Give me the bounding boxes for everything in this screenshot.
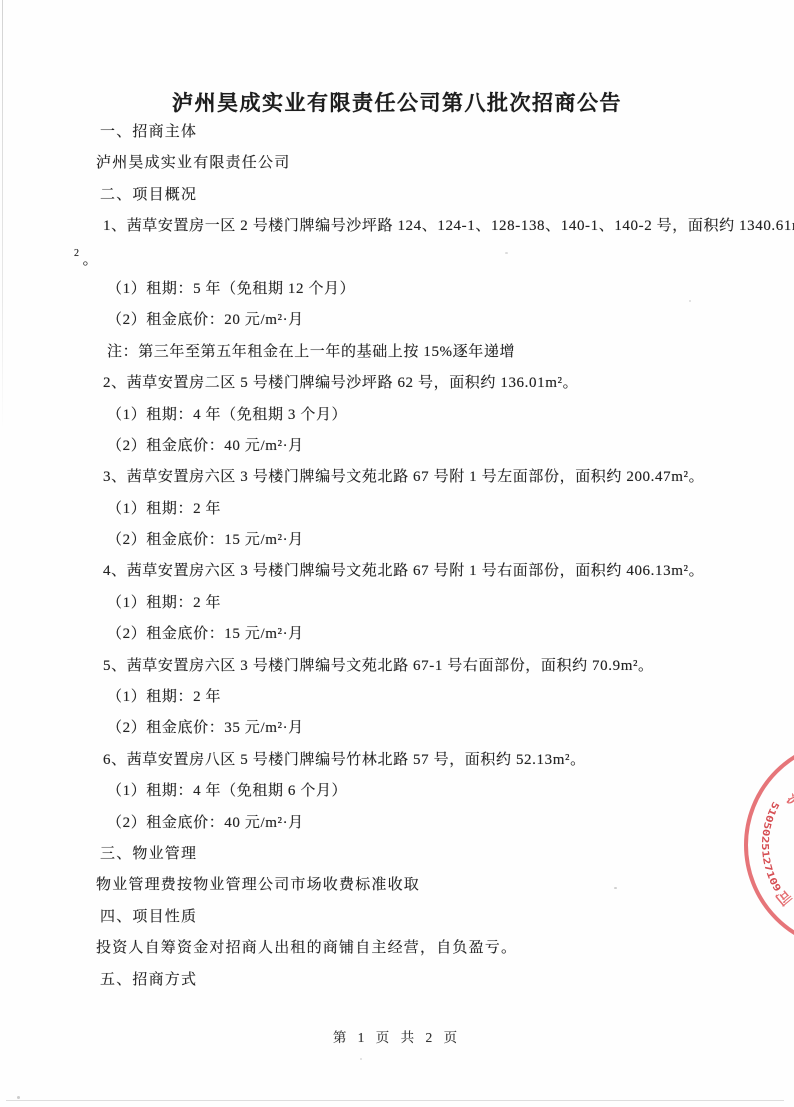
- scan-speck: [505, 252, 508, 254]
- document-title: 泸州昊成实业有限责任公司第八批次招商公告: [0, 87, 794, 117]
- property-item-3: 3、茜草安置房六区 3 号楼门牌编号文苑北路 67 号附 1 号左面部份，面积约…: [0, 462, 794, 493]
- item-3-term: （1）租期：2 年: [0, 494, 794, 525]
- item-1-note: 注：第三年至第五年租金在上一年的基础上按 15%逐年递增: [0, 337, 794, 368]
- property-item-5: 5、茜草安置房六区 3 号楼门牌编号文苑北路 67-1 号右面部份，面积约 70…: [0, 651, 794, 682]
- paragraph-project-nature: 投资人自筹资金对招商人出租的商铺自主经营，自负盈亏。: [0, 933, 794, 964]
- item-3-rent: （2）租金底价：15 元/m²·月: [0, 525, 794, 556]
- section-heading-3: 三、物业管理: [0, 839, 794, 870]
- item-5-rent: （2）租金底价：35 元/m²·月: [0, 713, 794, 744]
- svg-text:5105025127109: 5105025127109: [759, 800, 783, 895]
- scan-speck: [689, 300, 691, 302]
- scan-edge-artifact-left: [2, 0, 3, 430]
- superscript-2: 2: [74, 248, 80, 259]
- scan-speck: [360, 1058, 362, 1060]
- item-1-term: （1）租期：5 年（免租期 12 个月）: [0, 274, 794, 305]
- wrap-punctuation: 。: [83, 252, 99, 268]
- section-heading-4: 四、项目性质: [0, 902, 794, 933]
- official-seal-stamp: 5105025127109 泸 司: [700, 740, 794, 950]
- property-item-4: 4、茜草安置房六区 3 号楼门牌编号文苑北路 67 号附 1 号右面部份，面积约…: [0, 556, 794, 587]
- item-2-term: （1）租期：4 年（免租期 3 个月）: [0, 400, 794, 431]
- scan-speck: [17, 1096, 20, 1099]
- document-body: 一、招商主体 泸州昊成实业有限责任公司 二、项目概况 1、茜草安置房一区 2 号…: [0, 117, 794, 996]
- page-number-footer: 第 1 页 共 2 页: [0, 1026, 794, 1046]
- paragraph-company: 泸州昊成实业有限责任公司: [0, 148, 794, 179]
- item-2-rent: （2）租金底价：40 元/m²·月: [0, 431, 794, 462]
- item-6-rent: （2）租金底价：40 元/m²·月: [0, 808, 794, 839]
- section-heading-5: 五、招商方式: [0, 965, 794, 996]
- scan-edge-artifact-bottom: [6, 1100, 784, 1101]
- paragraph-property-mgmt: 物业管理费按物业管理公司市场收费标准收取: [0, 870, 794, 901]
- scan-speck: [614, 887, 617, 889]
- seal-character-fragment-top: 泸: [783, 789, 794, 812]
- document-page: 泸州昊成实业有限责任公司第八批次招商公告 一、招商主体 泸州昊成实业有限责任公司…: [0, 0, 794, 1107]
- section-heading-1: 一、招商主体: [0, 117, 794, 148]
- item-6-term: （1）租期：4 年（免租期 6 个月）: [0, 776, 794, 807]
- property-item-1-wrap: 2。: [0, 243, 794, 274]
- property-item-6: 6、茜草安置房八区 5 号楼门牌编号竹林北路 57 号，面积约 52.13m²。: [0, 745, 794, 776]
- section-heading-2: 二、项目概况: [0, 180, 794, 211]
- item-4-term: （1）租期：2 年: [0, 588, 794, 619]
- property-item-1: 1、茜草安置房一区 2 号楼门牌编号沙坪路 124、124-1、128-138、…: [0, 211, 794, 242]
- property-item-2: 2、茜草安置房二区 5 号楼门牌编号沙坪路 62 号，面积约 136.01m²。: [0, 368, 794, 399]
- item-5-term: （1）租期：2 年: [0, 682, 794, 713]
- item-1-rent: （2）租金底价：20 元/m²·月: [0, 305, 794, 336]
- seal-registration-digits: 5105025127109: [759, 800, 783, 895]
- item-4-rent: （2）租金底价：15 元/m²·月: [0, 619, 794, 650]
